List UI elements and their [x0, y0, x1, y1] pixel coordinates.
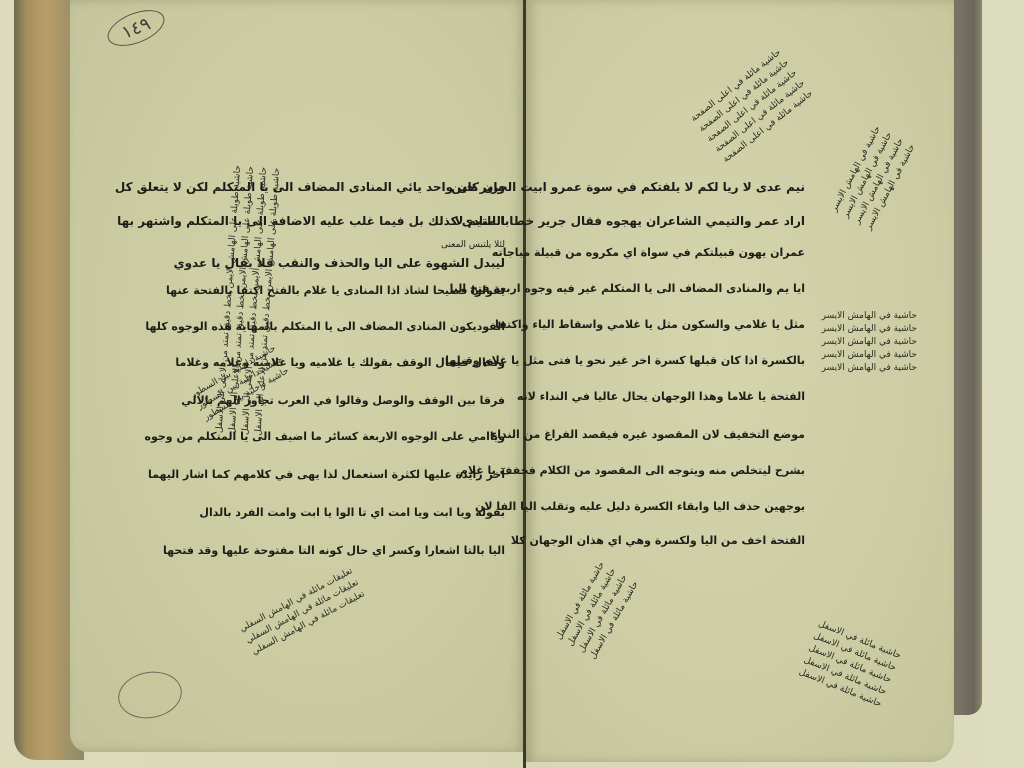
text-line: الفتحة اخف من اليا ولكسرة وهي اي هذان ال… — [511, 534, 805, 547]
text-line: الفتحة يا غلاما وهذا الوجهان يحال عاليا … — [517, 390, 805, 403]
text-line: نيم عدى لا ريا لكم لا يلفتكم في سوة عمرو… — [451, 180, 805, 194]
text-line: موضع التخفيف لان المقصود غيره فيقصد الفر… — [492, 428, 805, 441]
text-line: المنادى كذلك بل فيما غلب عليه الاضافة ال… — [117, 214, 505, 228]
text-line: بوجهين حذف اليا وابقاء الكسرة دليل عليه … — [475, 500, 805, 513]
right-main-text: نيم عدى لا ريا لكم لا يلفتكم في سوة عمرو… — [555, 170, 805, 570]
text-line: وياامي على الوجوه الاربعة كسائر ما اضيف … — [144, 430, 505, 443]
text-line: الفوديكون المنادى المضاف الى يا المتكلم … — [145, 320, 505, 333]
text-line: اراد عمر والتيمي الشاعران يهجوه فقال جري… — [454, 214, 805, 228]
text-line: بالكسرة اذا كان قبلها كسرة اخر غير نحو ي… — [445, 354, 805, 367]
text-line: وان كان واحد يائي المنادى المضاف الى يا … — [115, 180, 505, 194]
left-main-text: وان كان واحد يائي المنادى المضاف الى يا … — [255, 170, 505, 570]
text-line: مثل يا غلامي والسكون مثل يا غلامي واسقاط… — [495, 318, 805, 331]
text-line: ايا يم والمنادى المضاف الى يا المتكلم غي… — [450, 282, 805, 295]
text-line: عمران يهون قبيلتكم في سواة اي مكروه من ق… — [492, 246, 805, 259]
book-gutter — [523, 0, 526, 768]
text-line: آخر زايدة عليها لكثرة استعمال لذا يهى في… — [148, 468, 505, 481]
text-line: ليبدل الشهوة على اليا والحذف والنقب فلا … — [174, 256, 505, 270]
text-line: بشرح ليتخلص منه ويتوجه الى المقصود من ال… — [460, 464, 805, 477]
margin-gloss-right-side-block: حاشية في الهامش الايسر حاشية في الهامش ا… — [822, 310, 917, 375]
